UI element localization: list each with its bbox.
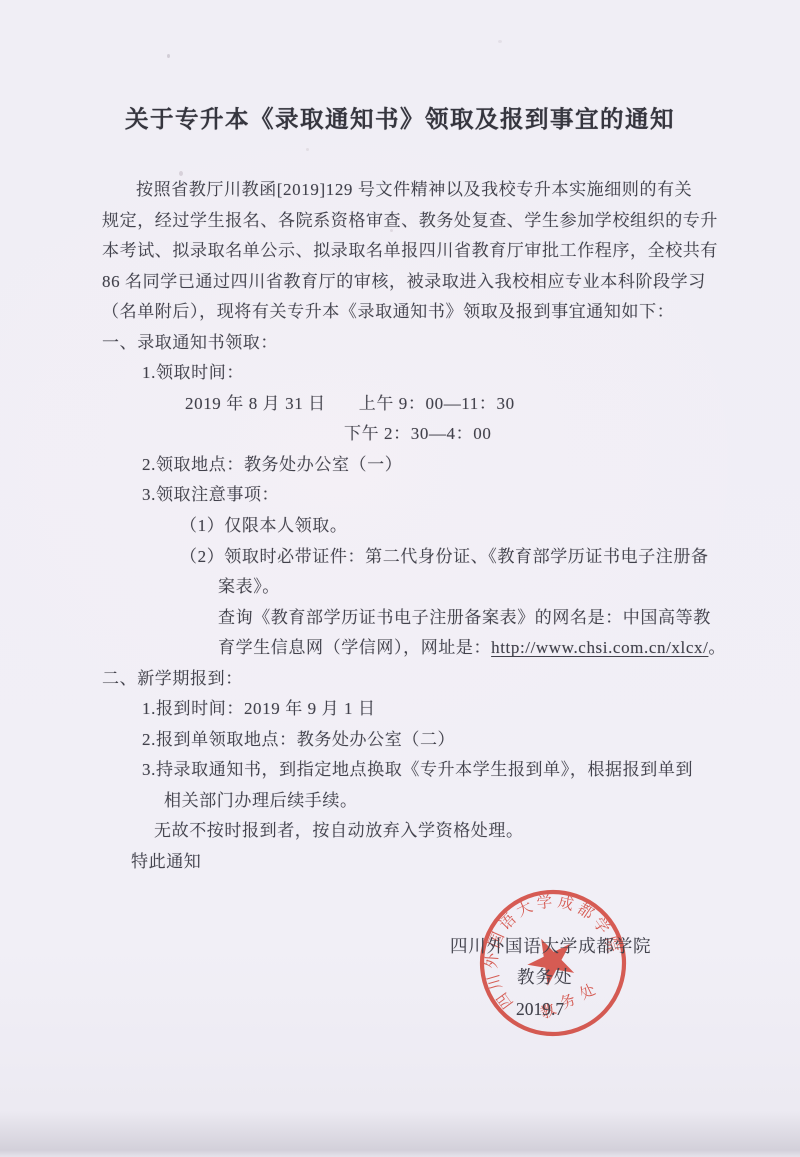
- list-item: 3.持录取通知书，到指定地点换取《专升本学生报到单》，根据报到单到: [142, 755, 800, 786]
- signature-org: 四川外国语大学成都学院: [450, 931, 651, 961]
- list-item: 2.领取地点：教务处办公室（一）: [142, 450, 800, 481]
- pickup-time-am: 上午 9：00—11：30: [359, 394, 515, 413]
- pickup-date: 2019 年 8 月 31 日: [185, 394, 326, 413]
- body-line: 案表》。: [218, 572, 800, 603]
- pickup-time-pm: 下午 2：30—4：00: [344, 424, 491, 443]
- signature-date: 2019.7: [516, 994, 564, 1024]
- list-item: 2.报到单领取地点：教务处办公室（二）: [142, 725, 800, 756]
- sub-list-item: （2）领取时必带证件：第二代身份证、《教育部学历证书电子注册备: [180, 542, 800, 573]
- body-line: （名单附后），现将有关专升本《录取通知书》领取及报到事宜通知如下：: [102, 297, 800, 328]
- schedule-line: 下午 2：30—4：00: [344, 419, 800, 450]
- body-line: 规定，经过学生报名、各院系资格审查、教务处复查、学生参加学校组织的专升: [102, 206, 800, 237]
- body-line: 无故不按时报到者，按自动放弃入学资格处理。: [154, 816, 800, 847]
- body-line: 查询《教育部学历证书电子注册备案表》的网名是：中国高等教: [218, 603, 800, 634]
- url-prefix: 育学生信息网（学信网），网址是：: [218, 638, 491, 657]
- body-line: 相关部门办理后续手续。: [164, 786, 800, 817]
- section-heading-1: 一、录取通知书领取：: [102, 328, 800, 359]
- list-item: 1.领取时间：: [142, 358, 800, 389]
- section-heading-2: 二、新学期报到：: [102, 664, 800, 695]
- url-suffix: 。: [708, 638, 726, 657]
- chsi-url: http://www.chsi.com.cn/xlcx/: [491, 638, 708, 657]
- paper-speck: [167, 54, 170, 58]
- page-title: 关于专升本《录取通知书》领取及报到事宜的通知: [0, 100, 800, 134]
- closing-line: 特此通知: [131, 847, 800, 878]
- sub-list-item: （1）仅限本人领取。: [180, 511, 800, 542]
- paper-speck: [498, 40, 502, 43]
- body-line: 本考试、拟录取名单公示、拟录取名单报四川省教育厅审批工作程序，全校共有: [102, 236, 800, 267]
- body-line: 按照省教厅川教函[2019]129 号文件精神以及我校专升本实施细则的有关: [136, 175, 800, 206]
- list-item: 3.领取注意事项：: [142, 480, 800, 511]
- list-item: 1.报到时间：2019 年 9 月 1 日: [142, 694, 800, 725]
- body-line: 86 名同学已通过四川省教育厅的审核，被录取进入我校相应专业本科阶段学习: [102, 267, 800, 298]
- paper-speck: [179, 171, 183, 176]
- schedule-line: 2019 年 8 月 31 日上午 9：00—11：30: [185, 389, 800, 420]
- notice-body: 按照省教厅川教函[2019]129 号文件精神以及我校专升本实施细则的有关 规定…: [0, 175, 800, 878]
- signature-dept: 教务处: [517, 962, 573, 992]
- paper-speck: [560, 300, 563, 303]
- paper-speck: [306, 148, 309, 151]
- url-line: 育学生信息网（学信网），网址是：http://www.chsi.com.cn/x…: [218, 633, 800, 664]
- paper-speck: [390, 229, 393, 232]
